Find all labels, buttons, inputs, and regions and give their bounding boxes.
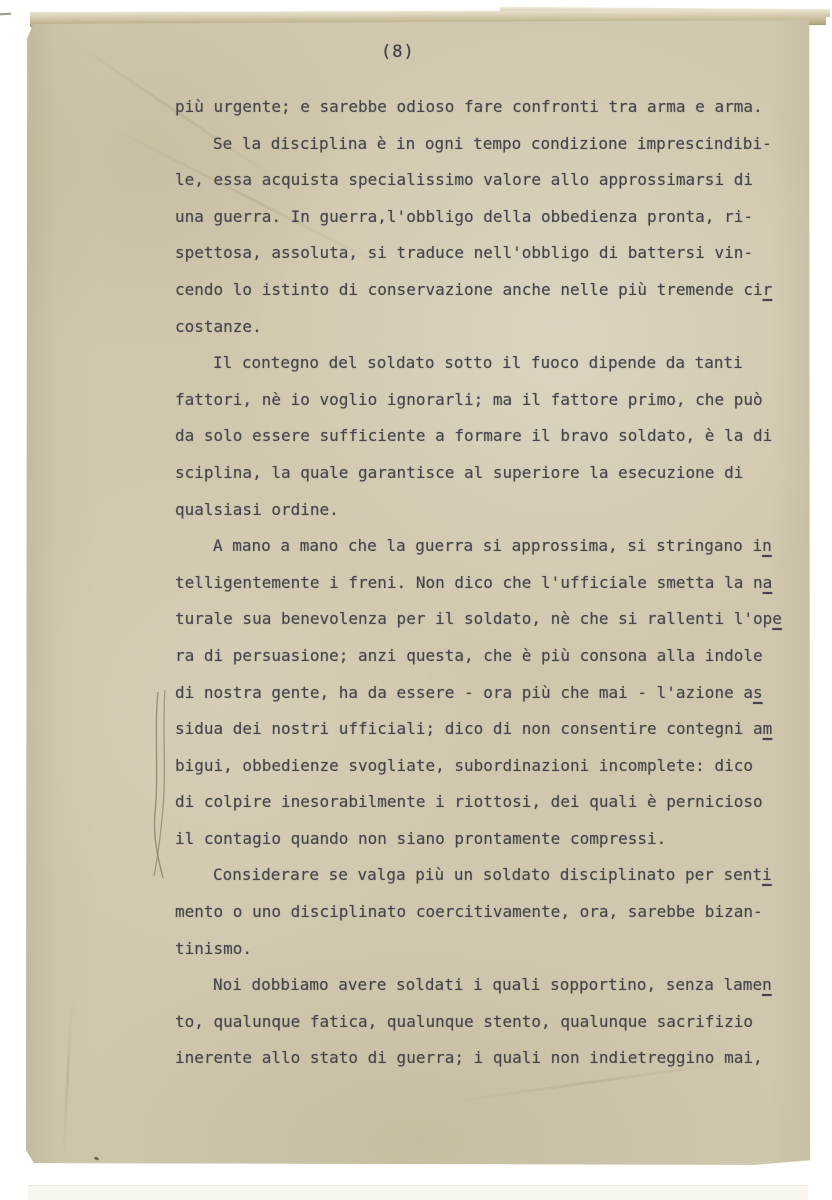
typed-line: di nostra gente, ha da essere - ora più … [175, 675, 795, 712]
typed-line: inerente allo stato di guerra; i quali n… [175, 1040, 795, 1077]
typed-lines: più urgente; e sarebbe odioso fare confr… [175, 89, 795, 1077]
typed-line: costanze. [175, 309, 795, 346]
page-number: (8) [381, 42, 415, 62]
typed-line: fattori, nè io voglio ignorarli; ma il f… [175, 382, 795, 419]
typed-line: Considerare se valga più un soldato disc… [175, 857, 795, 894]
next-sheet-edge [28, 1185, 808, 1200]
typed-line: di colpire inesorabilmente i riottosi, d… [175, 784, 795, 821]
paper-crease [62, 1000, 73, 1160]
typed-line: le, essa acquista specialissimo valore a… [175, 162, 795, 199]
typed-line: bigui, obbedienze svogliate, subordinazi… [175, 748, 795, 785]
typed-line: Se la disciplina è in ogni tempo condizi… [175, 126, 795, 163]
typed-line: mento o uno disciplinato coercitivamente… [175, 894, 795, 931]
typed-line: più urgente; e sarebbe odioso fare confr… [175, 89, 795, 126]
typed-line: Noi dobbiamo avere soldati i quali soppo… [175, 967, 795, 1004]
typed-line: cendo lo istinto di conservazione anche … [175, 272, 795, 309]
typed-line: A mano a mano che la guerra si approssim… [175, 528, 795, 565]
paper-corner-speck [94, 1156, 100, 1161]
typed-line: tinismo. [175, 931, 795, 968]
document-page: (8) più urgente; e sarebbe odioso fare c… [26, 20, 810, 1166]
typed-line: qualsiasi ordine. [175, 492, 795, 529]
typed-line: ra di persuasione; anzi questa, che è pi… [175, 638, 795, 675]
typed-line: turale sua benevolenza per il soldato, n… [175, 601, 795, 638]
typed-line: to, qualunque fatica, qualunque stento, … [175, 1004, 795, 1041]
pencil-margin-mark [146, 688, 182, 880]
scanned-document: (8) più urgente; e sarebbe odioso fare c… [0, 0, 832, 1200]
typed-line: telligentemente i freni. Non dico che l'… [175, 565, 795, 602]
typed-line: il contagio quando non siano prontamente… [175, 821, 795, 858]
typed-line: spettosa, assoluta, si traduce nell'obbl… [175, 235, 795, 272]
typed-line: una guerra. In guerra,l'obbligo della ob… [175, 199, 795, 236]
typed-line: da solo essere sufficiente a formare il … [175, 418, 795, 455]
typed-line: sidua dei nostri ufficiali; dico di non … [175, 711, 795, 748]
typed-line: Il contegno del soldato sotto il fuoco d… [175, 345, 795, 382]
typed-line: sciplina, la quale garantisce al superio… [175, 455, 795, 492]
scan-edge-mark [0, 13, 11, 16]
